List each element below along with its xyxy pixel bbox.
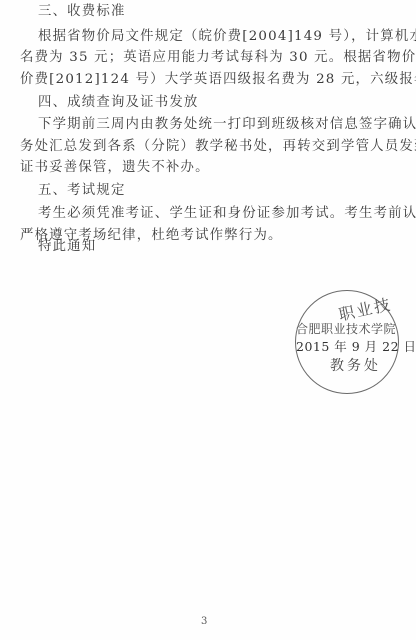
issue-date: 2015 年 9 月 22 日 xyxy=(296,337,416,355)
seal-department: 教务处 xyxy=(330,355,381,375)
section-heading-results: 四、成绩查询及证书发放 xyxy=(38,94,199,112)
seal-institution: 合肥职业技术学院 xyxy=(296,320,396,337)
paragraph-line: 根据省物价局文件规定（皖价费[2004]149 号），计算机水平考试每科报 xyxy=(38,28,416,46)
paragraph-line: 务处汇总发到各系（分院）教学秘书处，再转交到学管人员发到各班主任， xyxy=(20,138,416,156)
paragraph-line: 名费为 35 元；英语应用能力考试每科为 30 元。根据省物价局文件规定（皖 xyxy=(20,49,416,67)
paragraph-line: 考生必须凭准考证、学生证和身份证参加考试。考生考前认真做好准备， xyxy=(38,205,416,223)
page-number: 3 xyxy=(201,616,207,627)
section-heading-rules: 五、考试规定 xyxy=(38,182,126,200)
paragraph-line: 下学期前三周内由教务处统一打印到班级核对信息签字确认，证书由教 xyxy=(38,116,416,134)
paragraph-line: 证书妥善保管，遗失不补办。 xyxy=(20,159,210,177)
closing-notice: 特此通知 xyxy=(38,238,96,256)
section-heading-fees: 三、收费标准 xyxy=(38,3,126,21)
paragraph-line: 价费[2012]124 号）大学英语四级报名费为 28 元，六级报名费为 30 … xyxy=(20,71,416,89)
